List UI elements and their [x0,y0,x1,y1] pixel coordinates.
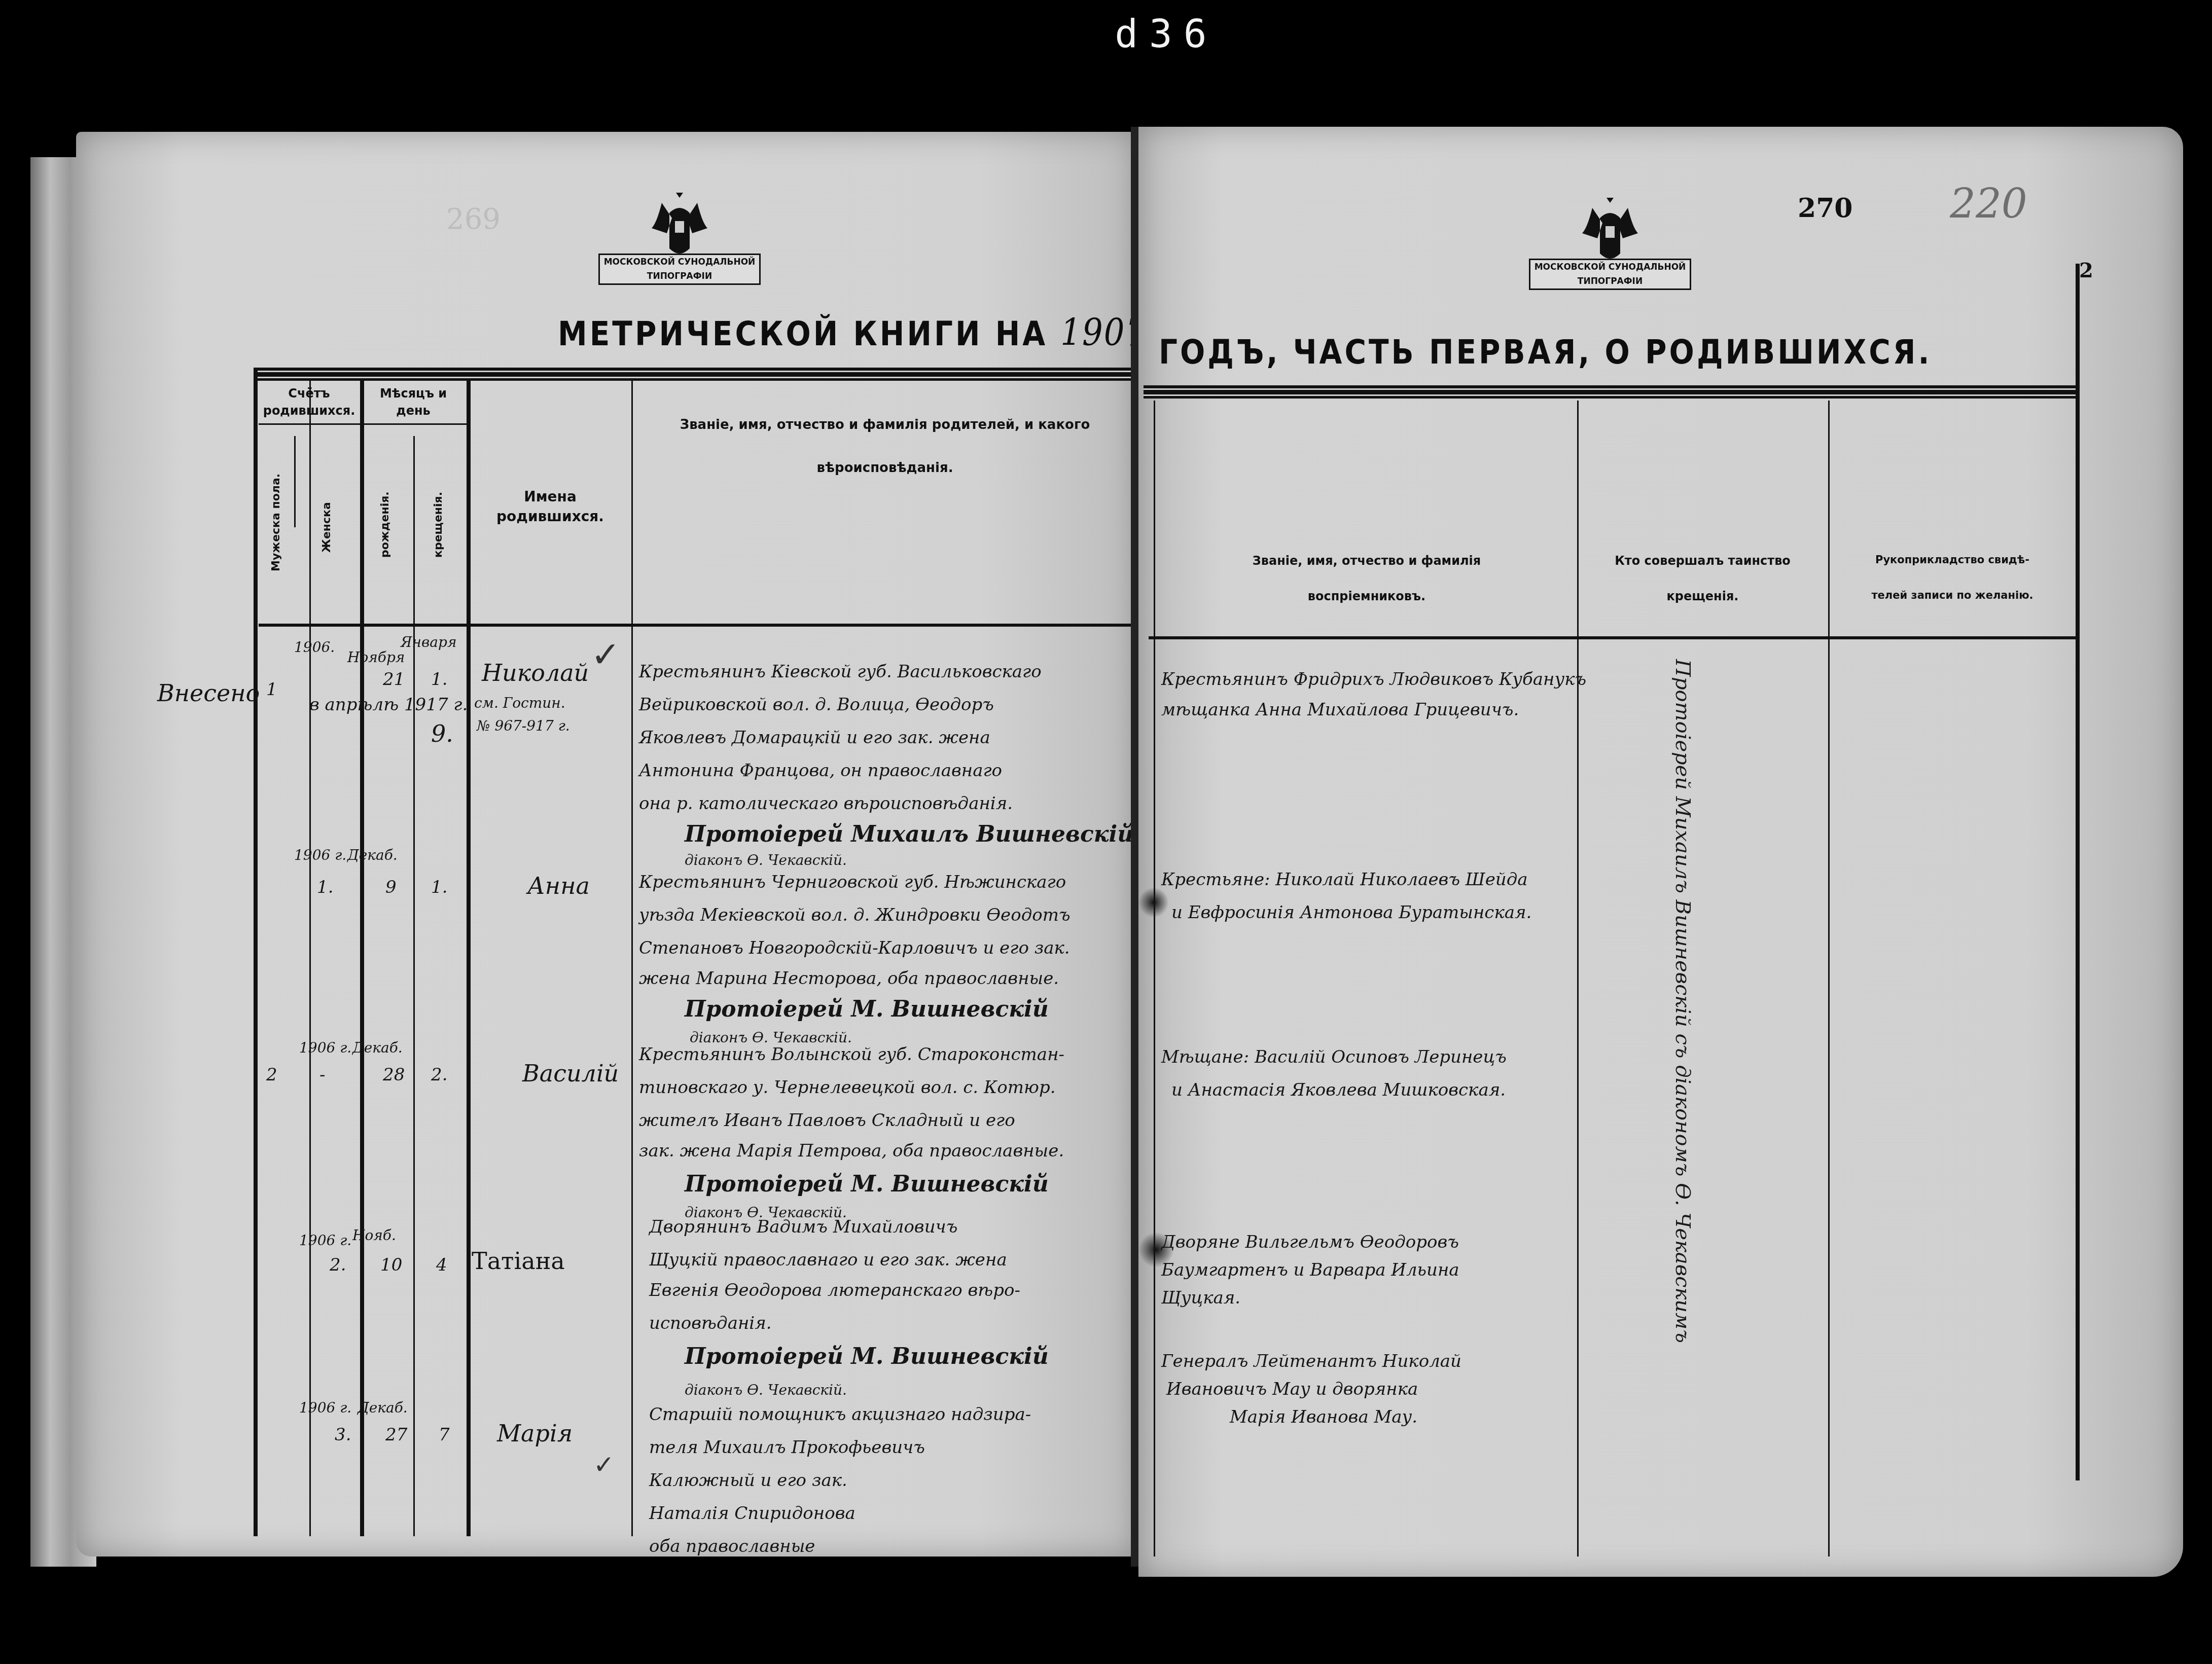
record-month-baptism: Января [401,634,457,650]
record-parents-line: Крестьянинъ Кіевской губ. Васильковскаго [639,662,1042,682]
record-parents-line: Яковлевъ Домарацкій и его зак. жена [639,728,990,748]
priest-signature: Протоіерей М. Вишневскій [685,996,1049,1022]
margin-note: Внесено [157,679,260,707]
checkmark-icon: ✓ [593,1450,615,1479]
col-divider [467,380,471,1536]
record-day-birth: 9 [385,877,397,897]
record-parents-line: Крестьянинъ Черниговской губ. Нѣжинскаго [639,872,1066,892]
record-month-birth: Декаб. [358,1399,408,1416]
godparents-line: Марія Иванова Мау. [1230,1407,1417,1427]
record-day-birth: 10 [380,1255,402,1275]
record-parents-line: Наталія Спиридонова [649,1503,855,1524]
record-month-birth: Ноября [347,649,405,666]
ink-blot [1138,1232,1174,1268]
record-child-name: Анна [527,872,590,899]
header-witness-line2: телей записи по желанію. [1831,588,2074,603]
header-names: Имена родившихся. [472,487,629,526]
record-parents-line: она р. католическаго вѣроисповѣданія. [639,793,1013,814]
record-year-note: 1906 г. [299,1399,351,1416]
record-baptism-extra: 9. [431,720,453,747]
col-divider [309,380,311,1536]
header-bottom-rule [259,624,1136,627]
godparents-line: и Евфросинія Антонова Буратынская. [1171,902,1531,923]
godparents-line: Баумгартенъ и Варвара Ильина [1161,1260,1459,1280]
col-divider [294,436,296,527]
record-parents-line: тиновскаго у. Чернелевецкой вол. с. Котю… [639,1077,1055,1098]
printed-page-number: 270 [1798,193,1853,224]
deacon-signature: діаконъ Ѳ. Чекавскій. [690,1029,852,1046]
record-parents-line: Дворянинъ Вадимъ Михайловичъ [649,1217,957,1237]
record-count-female: 3. [335,1425,351,1445]
record-count-male: 1 [266,679,277,700]
header-birth: рожденія. [378,441,394,608]
record-parents-line: оба православные [649,1536,815,1557]
record-extra-note: в апрѣлѣ 1917 г. [309,695,468,715]
header-witness-line1: Рукоприкладство свидѣ- [1831,553,2074,567]
record-parents-line: Старшій помощникъ акцизнаго надзира- [649,1404,1031,1425]
record-parents-line: исповѣданія. [649,1313,772,1333]
record-day-baptism: 2. [431,1065,447,1085]
priest-signature: Протоіерей Михаилъ Вишневскій [685,821,1133,847]
record-parents-line: Антонина Францова, он православнаго [639,761,1002,781]
record-day-birth: 21 [383,669,405,690]
sheet-number: 2 [2079,259,2093,282]
record-day-birth: 28 [383,1065,405,1085]
record-day-birth: 27 [385,1425,407,1445]
header-godparents-line2: воспріемниковъ. [1159,588,1575,605]
godparents-line: мѣщанка Анна Михайлова Грицевичъ. [1161,700,1519,720]
header-triple-rule [254,368,1136,381]
record-child-name: Татіана [472,1247,565,1275]
register-title-right: ГОДЪ, ЧАСТЬ ПЕРВАЯ, О РОДИВШИХСЯ. [1159,332,1932,372]
record-parents-line: Калюжный и его зак. [649,1470,847,1491]
crest-ribbon-text: МОСКОВСКОЙ СУНОДАЛЬНОЙ ТИПОГРАФІИ [1529,254,1691,309]
header-godparents-line1: Званіе, имя, отчество и фамилія [1159,553,1575,570]
record-name-ref: № 967-917 г. [477,717,570,734]
col-divider [1154,401,1155,1557]
header-count-male: Мужеска пола. [269,436,284,608]
header-count-group: Счётъ родившихся. [260,385,359,419]
record-name-note: см. Гостин. [474,695,565,711]
record-month-birth: Нояб. [352,1227,396,1244]
col-divider [1828,401,1830,1557]
left-page: 269 МОСКОВСКОЙ СУНОДАЛЬНОЙ ТИПОГРАФІИ МЕ… [76,132,1136,1557]
col-divider [360,380,364,1536]
godparents-line: Ивановичъ Мау и дворянка [1166,1379,1418,1399]
col-divider [631,380,633,1536]
title-printed-text: МЕТРИЧЕСКОЙ КНИГИ НА [558,314,1048,353]
header-baptism: крещенія. [431,441,447,608]
record-child-name: Марія [497,1420,573,1447]
col-divider [1577,401,1579,1557]
header-officiant-line2: крещенія. [1580,588,1826,605]
checkmark-icon: ✓ [591,634,621,675]
record-parents-line: жена Марина Несторова, оба православные. [639,968,1059,989]
godparents-line: Щуцкая. [1161,1288,1240,1308]
record-count-male: 2 [266,1065,277,1085]
col-divider [413,436,415,1536]
officiant-vertical-note: Протоіерей Михаилъ Вишневскій съ діаконо… [1671,659,1694,1521]
crest-ribbon-text: МОСКОВСКОЙ СУНОДАЛЬНОЙ ТИПОГРАФІИ [598,248,761,304]
header-parents-line1: Званіе, имя, отчество и фамилія родителе… [634,416,1136,434]
record-child-name: Василій [522,1060,619,1087]
header-month-day-group: Мѣсяцъ и день [363,385,464,419]
imperial-eagle-crest: МОСКОВСКОЙ СУНОДАЛЬНОЙ ТИПОГРАФІИ [598,193,761,304]
header-parents-line2: вѣроисповѣданія. [634,459,1136,477]
register-title-left: МЕТРИЧЕСКОЙ КНИГИ НА 1907 [558,311,1147,354]
table-right-border [2076,264,2080,1480]
pencil-page-number: 220 [1950,180,2027,227]
record-parents-line: Степановъ Новгородскій-Карловичъ и его з… [639,938,1070,958]
godparents-line: Крестьянинъ Фридрихъ Людвиковъ Кубанукъ [1161,669,1586,690]
table-left-border [254,370,258,1536]
record-count-female: 1. [317,877,333,897]
imperial-eagle-crest: МОСКОВСКОЙ СУНОДАЛЬНОЙ ТИПОГРАФІИ [1529,198,1691,309]
record-day-baptism: 1. [431,669,447,690]
priest-signature: Протоіерей М. Вишневскій [685,1171,1049,1197]
header-count-female: Женска [319,446,335,608]
record-year-note: 1906 г. [299,1039,351,1056]
record-month-birth: Декаб. [352,1039,403,1056]
open-register-book: 269 МОСКОВСКОЙ СУНОДАЛЬНОЙ ТИПОГРАФІИ МЕ… [30,127,2186,1572]
record-parents-line: жителъ Иванъ Павловъ Складный и его [639,1110,1015,1131]
record-child-name: Николай [482,659,589,686]
record-parents-line: зак. жена Марія Петрова, оба православны… [639,1141,1064,1161]
record-month-birth: Декаб. [347,847,398,863]
record-parents-line: Евгенія Ѳеодорова лютеранскаго вѣро- [649,1280,1020,1300]
record-year-note: 1906 г. [299,1232,351,1249]
record-count-female: 2. [330,1255,346,1275]
godparents-line: Дворяне Вильгельмъ Ѳеодоровъ [1161,1232,1459,1252]
record-parents-line: уѣзда Мекіевской вол. д. Жиндровки Ѳеодо… [639,905,1071,925]
godparents-line: и Анастасія Яковлева Мишковская. [1171,1080,1506,1100]
record-parents-line: Крестьянинъ Волынской губ. Староконстан- [639,1044,1064,1065]
header-triple-rule [1144,385,2077,399]
ink-blot [1138,887,1169,918]
deacon-signature: діаконъ Ѳ. Чекавскій. [685,852,847,869]
deacon-signature: діаконъ Ѳ. Чекавскій. [685,1382,847,1398]
right-page: 270 220 2 МОСКОВСКОЙ СУНОДАЛЬНОЙ ТИПОГРА… [1138,127,2183,1577]
record-parents-line: Вейриковской вол. д. Волица, Ѳеодоръ [639,695,994,715]
record-day-baptism: 7 [439,1425,450,1445]
record-day-baptism: 4 [436,1255,447,1275]
record-day-baptism: 1. [431,877,447,897]
header-sub-rule [259,423,467,425]
ghost-page-number: 269 [446,203,501,236]
header-officiant-line1: Кто совершалъ таинство [1580,553,1826,570]
priest-signature: Протоіерей М. Вишневскій [685,1344,1049,1369]
record-year-note: 1906. [294,639,335,656]
header-bottom-rule [1149,636,2077,639]
record-parents-line: теля Михаилъ Прокофьевичъ [649,1437,925,1458]
godparents-line: Генералъ Лейтенантъ Николай [1161,1351,1461,1371]
godparents-line: Мѣщане: Василій Осиповъ Леринецъ [1161,1047,1507,1067]
record-year-note: 1906 г. [294,847,346,863]
godparents-line: Крестьяне: Николай Николаевъ Шейда [1161,870,1527,890]
microfilm-frame-label: d36 [1105,11,1227,56]
record-count-female: - [319,1065,326,1085]
record-parents-line: Щуцкій православнаго и его зак. жена [649,1250,1007,1270]
